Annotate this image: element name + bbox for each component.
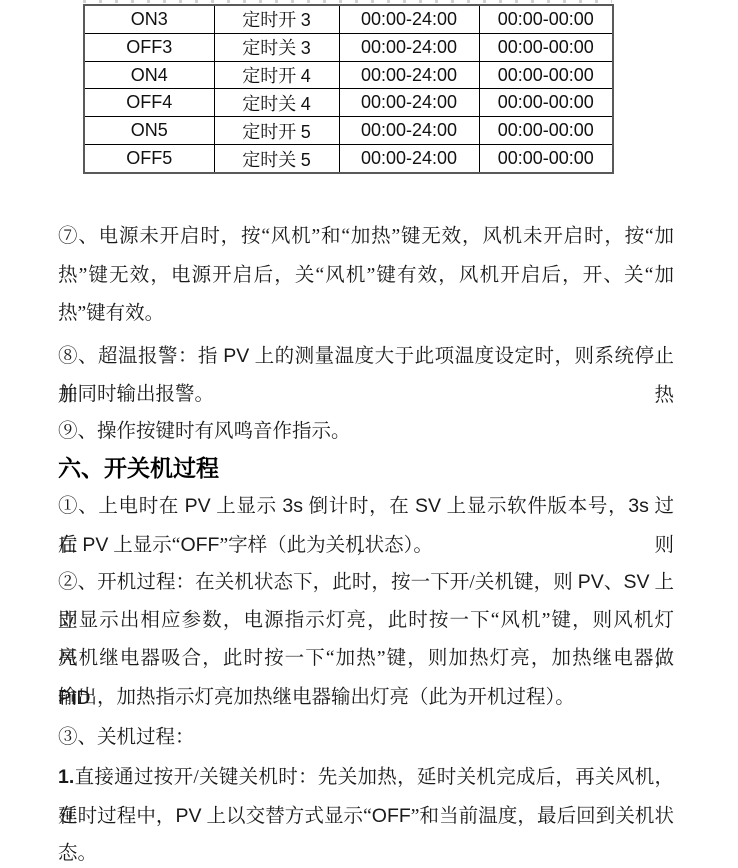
clipped-row-remnant (83, 0, 612, 3)
latin-text: ON4 (131, 65, 168, 85)
timer-table-body: ON3定时开 300:00-24:0000:00-00:00OFF3定时关 30… (84, 5, 613, 173)
latin-text: 5 (301, 150, 311, 170)
table-row: OFF4定时关 400:00-24:0000:00-00:00 (84, 89, 613, 117)
latin-text: 3s (282, 495, 303, 517)
paragraph-3: ③、关机过程： (58, 719, 674, 758)
table-cell: 定时关 4 (214, 89, 339, 117)
latin-text: SV (624, 571, 650, 593)
paragraph-2: ②、开机过程：在关机状态下，此时，按一下开/关机键，则 PV、SV 上立即显示出… (58, 563, 674, 717)
paragraph-1: ①、上电时在 PV 上显示 3s 倒计时，在 SV 上显示软件版本号，3s 过后… (58, 487, 674, 564)
latin-text: 1. (58, 766, 74, 788)
table-cell: OFF4 (84, 89, 214, 117)
table-cell: 定时开 3 (214, 5, 339, 33)
table-cell: 00:00-24:00 (339, 117, 479, 145)
table-cell: 定时关 3 (214, 33, 339, 61)
latin-text: OFF (180, 534, 219, 556)
table-cell: 00:00-24:00 (339, 61, 479, 89)
latin-text: OFF3 (126, 37, 172, 57)
table-cell: 00:00-24:00 (339, 33, 479, 61)
text-line: ⑦、电源未开启时，按“风机”和“加热”键无效，风机未开启时，按“加 (58, 218, 674, 257)
section-heading: 六、开关机过程 (58, 450, 219, 486)
paragraph-9: ⑨、操作按键时有风鸣音作指示。 (58, 413, 674, 452)
text-line: 1.直接通过按开/关键关机时：先关加热，延时关机完成后，再关风机，在 (58, 758, 674, 797)
text-line: ②、开机过程：在关机状态下，此时，按一下开/关机键，则 PV、SV 上立 (58, 563, 674, 602)
text-line: ③、关机过程： (58, 719, 674, 758)
table-cell: 00:00-00:00 (479, 145, 613, 173)
latin-text: 00:00-00:00 (498, 92, 594, 112)
latin-text: 4 (301, 94, 311, 114)
table-cell: 00:00-24:00 (339, 5, 479, 33)
latin-text: OFF (372, 805, 411, 827)
latin-text: 3 (301, 38, 311, 58)
table-cell: ON5 (84, 117, 214, 145)
text-line: 即显示出相应参数，电源指示灯亮，此时按一下“风机”键，则风机灯亮， (58, 602, 674, 641)
latin-text: PV (82, 534, 108, 556)
table-row: OFF5定时关 500:00-24:0000:00-00:00 (84, 145, 613, 173)
latin-text: OFF4 (126, 92, 172, 112)
document-page: ON3定时开 300:00-24:0000:00-00:00OFF3定时关 30… (0, 0, 738, 868)
table-cell: 00:00-00:00 (479, 89, 613, 117)
paragraph-7: ⑦、电源未开启时，按“风机”和“加热”键无效，风机未开启时，按“加热”键无效，电… (58, 218, 674, 334)
latin-text: 00:00-24:00 (361, 120, 457, 140)
table-row: ON3定时开 300:00-24:0000:00-00:00 (84, 5, 613, 33)
table-cell: 定时开 5 (214, 117, 339, 145)
table-cell: ON3 (84, 5, 214, 33)
text-line: 输出，加热指示灯亮加热继电器输出灯亮（此为开机过程）。 (58, 679, 674, 718)
table-cell: ON4 (84, 61, 214, 89)
latin-text: 00:00-00:00 (498, 37, 594, 57)
latin-text: PV (578, 571, 604, 593)
latin-text: PV (185, 495, 211, 517)
latin-text: ON5 (131, 120, 168, 140)
table-cell: OFF3 (84, 33, 214, 61)
text-line: 态。 (58, 835, 674, 868)
latin-text: 00:00-24:00 (361, 92, 457, 112)
item-1: 1.直接通过按开/关键关机时：先关加热，延时关机完成后，再关风机，在延时过程中，… (58, 758, 674, 868)
table-cell: 定时开 4 (214, 61, 339, 89)
latin-text: 00:00-24:00 (361, 148, 457, 168)
table-row: ON4定时开 400:00-24:0000:00-00:00 (84, 61, 613, 89)
latin-text: 00:00-24:00 (361, 9, 457, 29)
table-cell: 00:00-00:00 (479, 33, 613, 61)
latin-text: 00:00-24:00 (361, 65, 457, 85)
latin-text: ON3 (131, 9, 168, 29)
latin-text: 3 (301, 10, 311, 30)
table-row: ON5定时开 500:00-24:0000:00-00:00 (84, 117, 613, 145)
latin-text: SV (415, 495, 441, 517)
latin-text: 00:00-00:00 (498, 65, 594, 85)
latin-text: 00:00-00:00 (498, 120, 594, 140)
table-cell: 00:00-00:00 (479, 5, 613, 33)
latin-text: 00:00-00:00 (498, 148, 594, 168)
text-line: ①、上电时在 PV 上显示 3s 倒计时，在 SV 上显示软件版本号，3s 过后… (58, 487, 674, 526)
latin-text: 4 (301, 66, 311, 86)
table-cell: 00:00-24:00 (339, 145, 479, 173)
latin-text: OFF5 (126, 148, 172, 168)
text-line: 热”键有效。 (58, 295, 674, 334)
latin-text: PV (223, 345, 249, 367)
latin-text: 5 (301, 122, 311, 142)
table-cell: 定时关 5 (214, 145, 339, 173)
latin-text: 00:00-24:00 (361, 37, 457, 57)
text-line: 热”键无效，电源开启后，关“风机”键有效，风机开启后，开、关“加 (58, 257, 674, 296)
table-cell: 00:00-24:00 (339, 89, 479, 117)
text-line: ⑨、操作按键时有风鸣音作指示。 (58, 413, 674, 452)
paragraph-8: ⑧、超温报警：指 PV 上的测量温度大于此项温度设定时，则系统停止加热并同时输出… (58, 337, 674, 414)
text-line: 延时过程中，PV 上以交替方式显示“OFF”和当前温度，最后回到关机状 (58, 797, 674, 836)
timer-settings-table: ON3定时开 300:00-24:0000:00-00:00OFF3定时关 30… (83, 4, 614, 174)
latin-text: 00:00-00:00 (498, 9, 594, 29)
text-line: ⑧、超温报警：指 PV 上的测量温度大于此项温度设定时，则系统停止加热 (58, 337, 674, 376)
table-cell: 00:00-00:00 (479, 61, 613, 89)
table-cell: OFF5 (84, 145, 214, 173)
text-line: 风机继电器吸合，此时按一下“加热”键，则加热灯亮，加热继电器做 PID (58, 640, 674, 679)
table-row: OFF3定时关 300:00-24:0000:00-00:00 (84, 33, 613, 61)
latin-text: PV (176, 805, 202, 827)
table-cell: 00:00-00:00 (479, 117, 613, 145)
latin-text: 3s (628, 495, 649, 517)
